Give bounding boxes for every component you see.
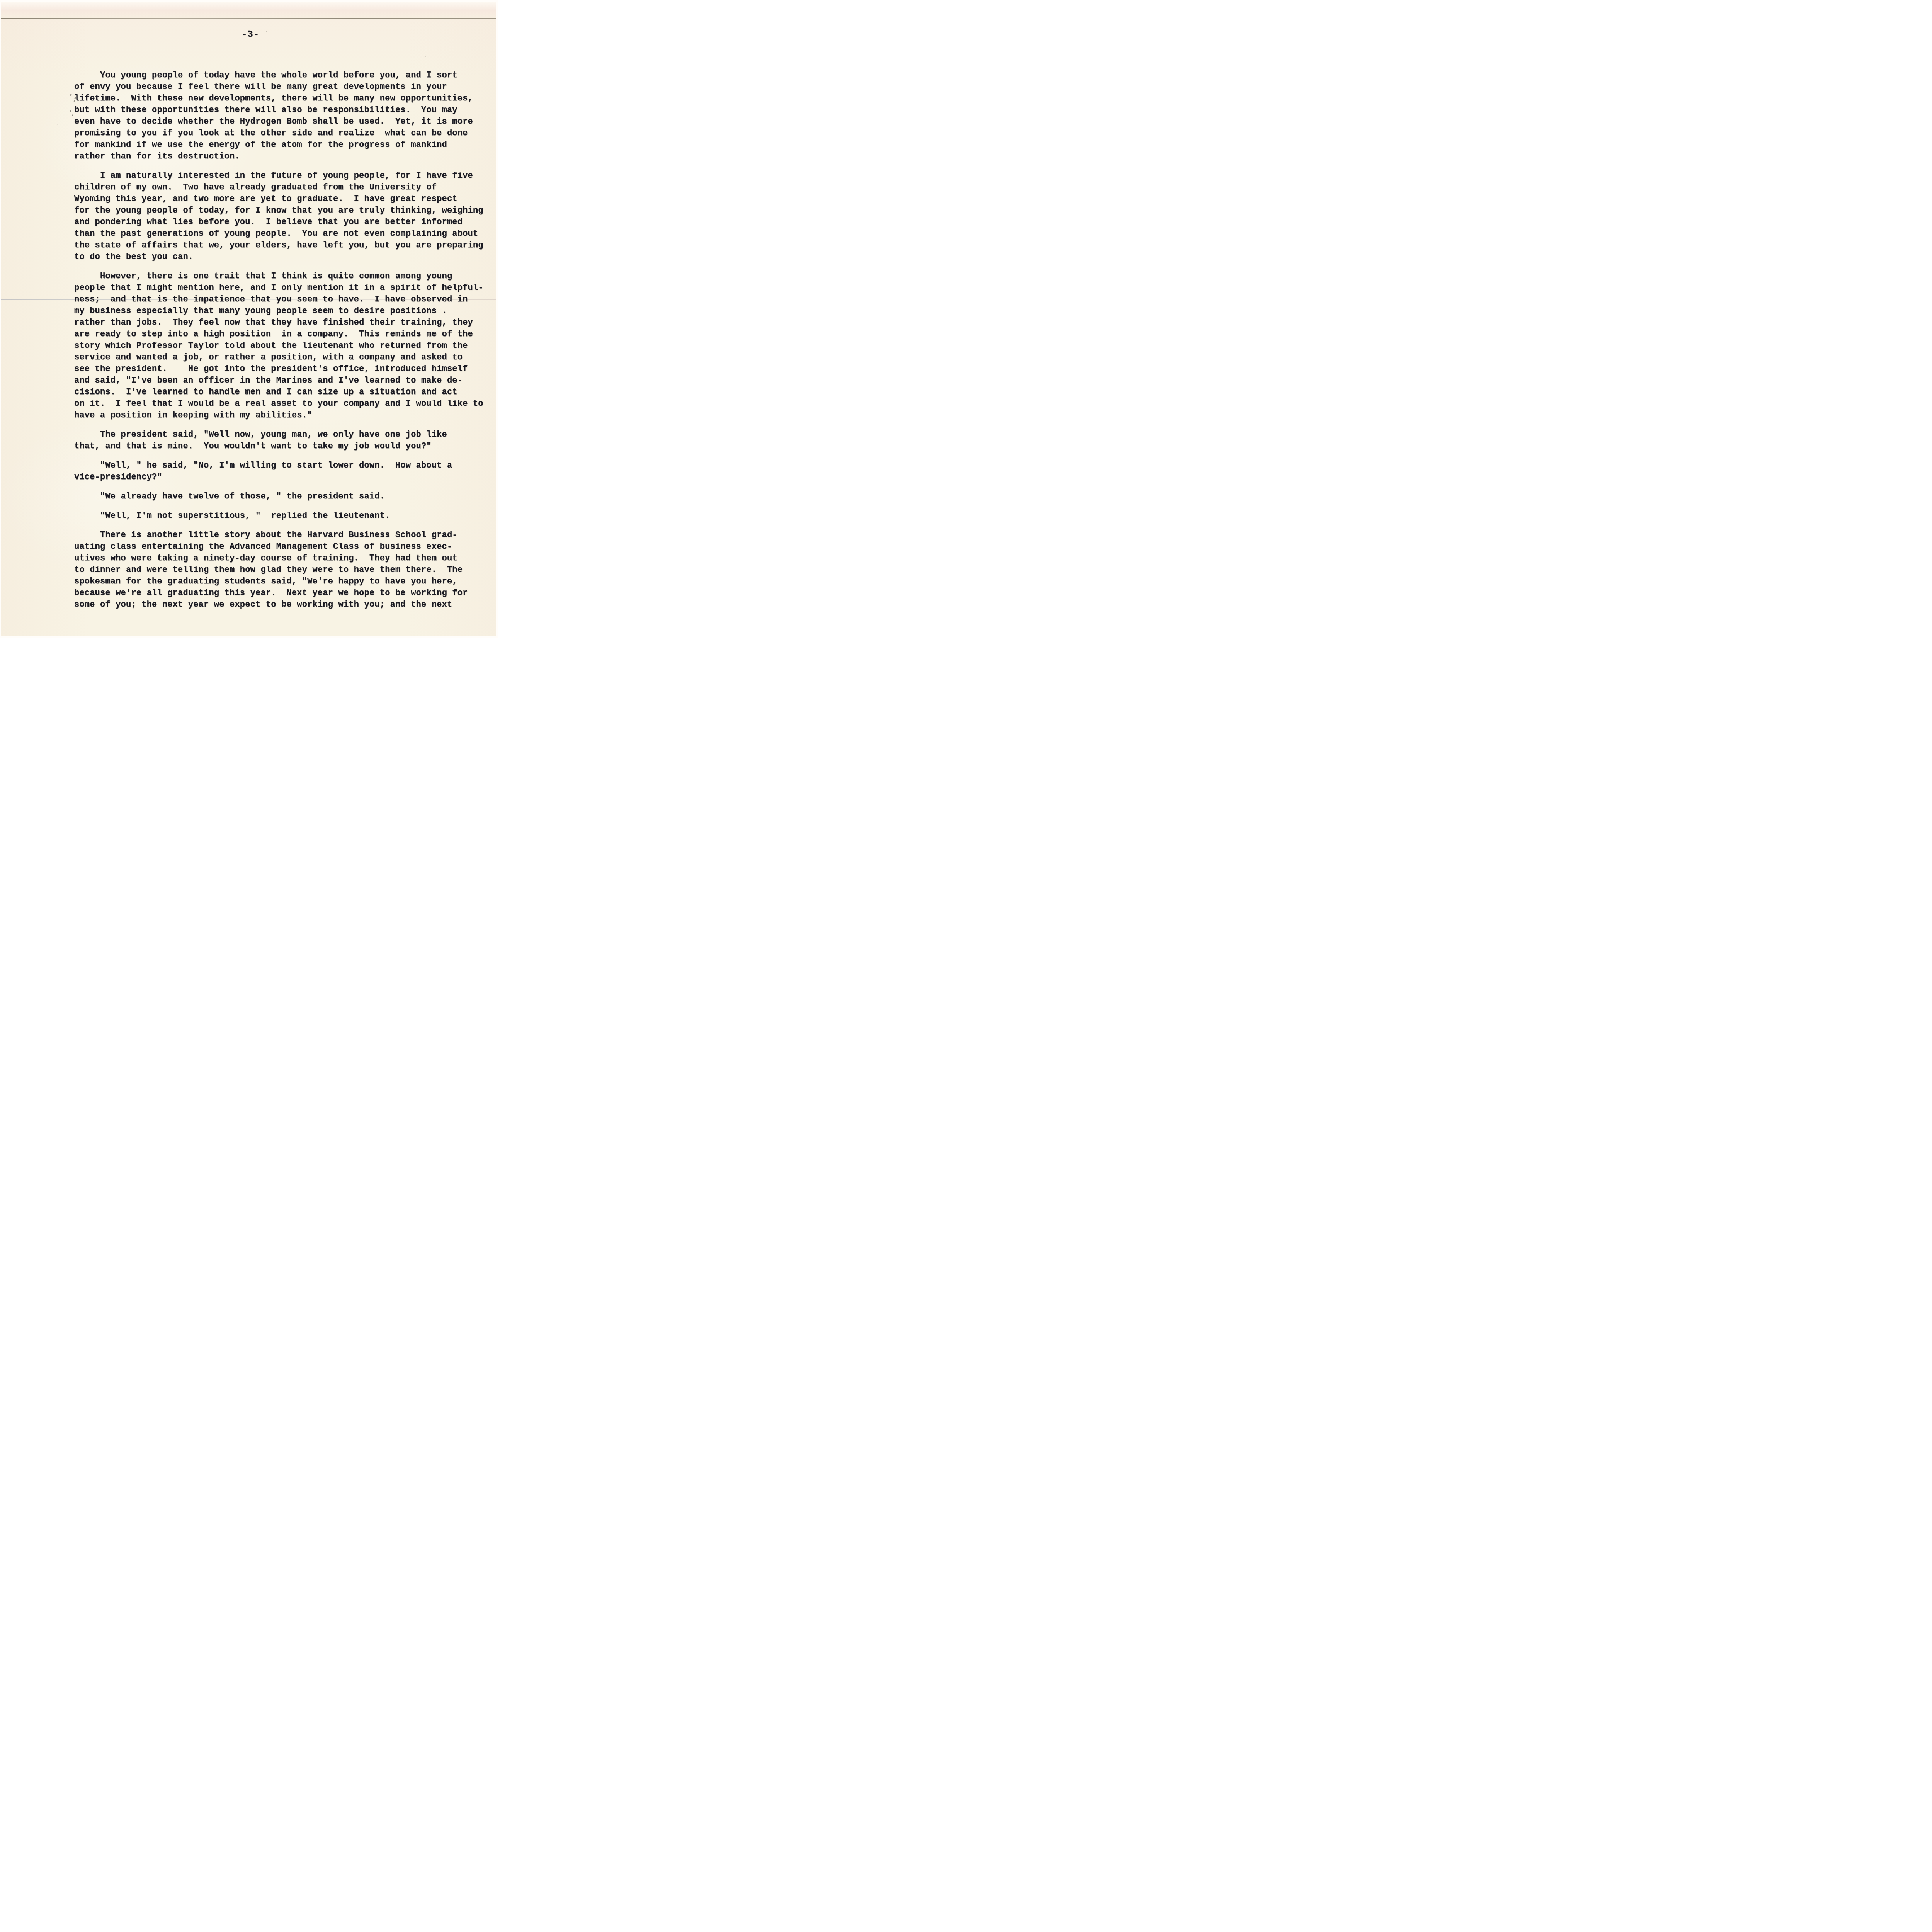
typewritten-text: You young people of today have the whole… bbox=[74, 70, 490, 611]
paragraph: "Well, " he said, "No, I'm willing to st… bbox=[74, 460, 490, 483]
paragraph: The president said, "Well now, young man… bbox=[74, 429, 490, 452]
paragraph: However, there is one trait that I think… bbox=[74, 270, 490, 421]
ink-speck bbox=[70, 110, 71, 112]
ink-speck bbox=[72, 114, 73, 116]
paragraph: "Well, I'm not superstitious, " replied … bbox=[74, 510, 490, 522]
ink-speck bbox=[57, 124, 58, 125]
paper-top-band bbox=[1, 2, 496, 18]
paragraph: You young people of today have the whole… bbox=[74, 70, 490, 162]
paragraph: I am naturally interested in the future … bbox=[74, 170, 490, 263]
page-number: -3- bbox=[3, 29, 498, 40]
ink-speck bbox=[70, 94, 71, 96]
paragraph: "We already have twelve of those, " the … bbox=[74, 491, 490, 502]
crease-line-top bbox=[1, 18, 496, 19]
scan-page: -3- You young people of today have the w… bbox=[0, 0, 498, 638]
ink-speck bbox=[425, 56, 426, 57]
paragraph: There is another little story about the … bbox=[74, 529, 490, 611]
